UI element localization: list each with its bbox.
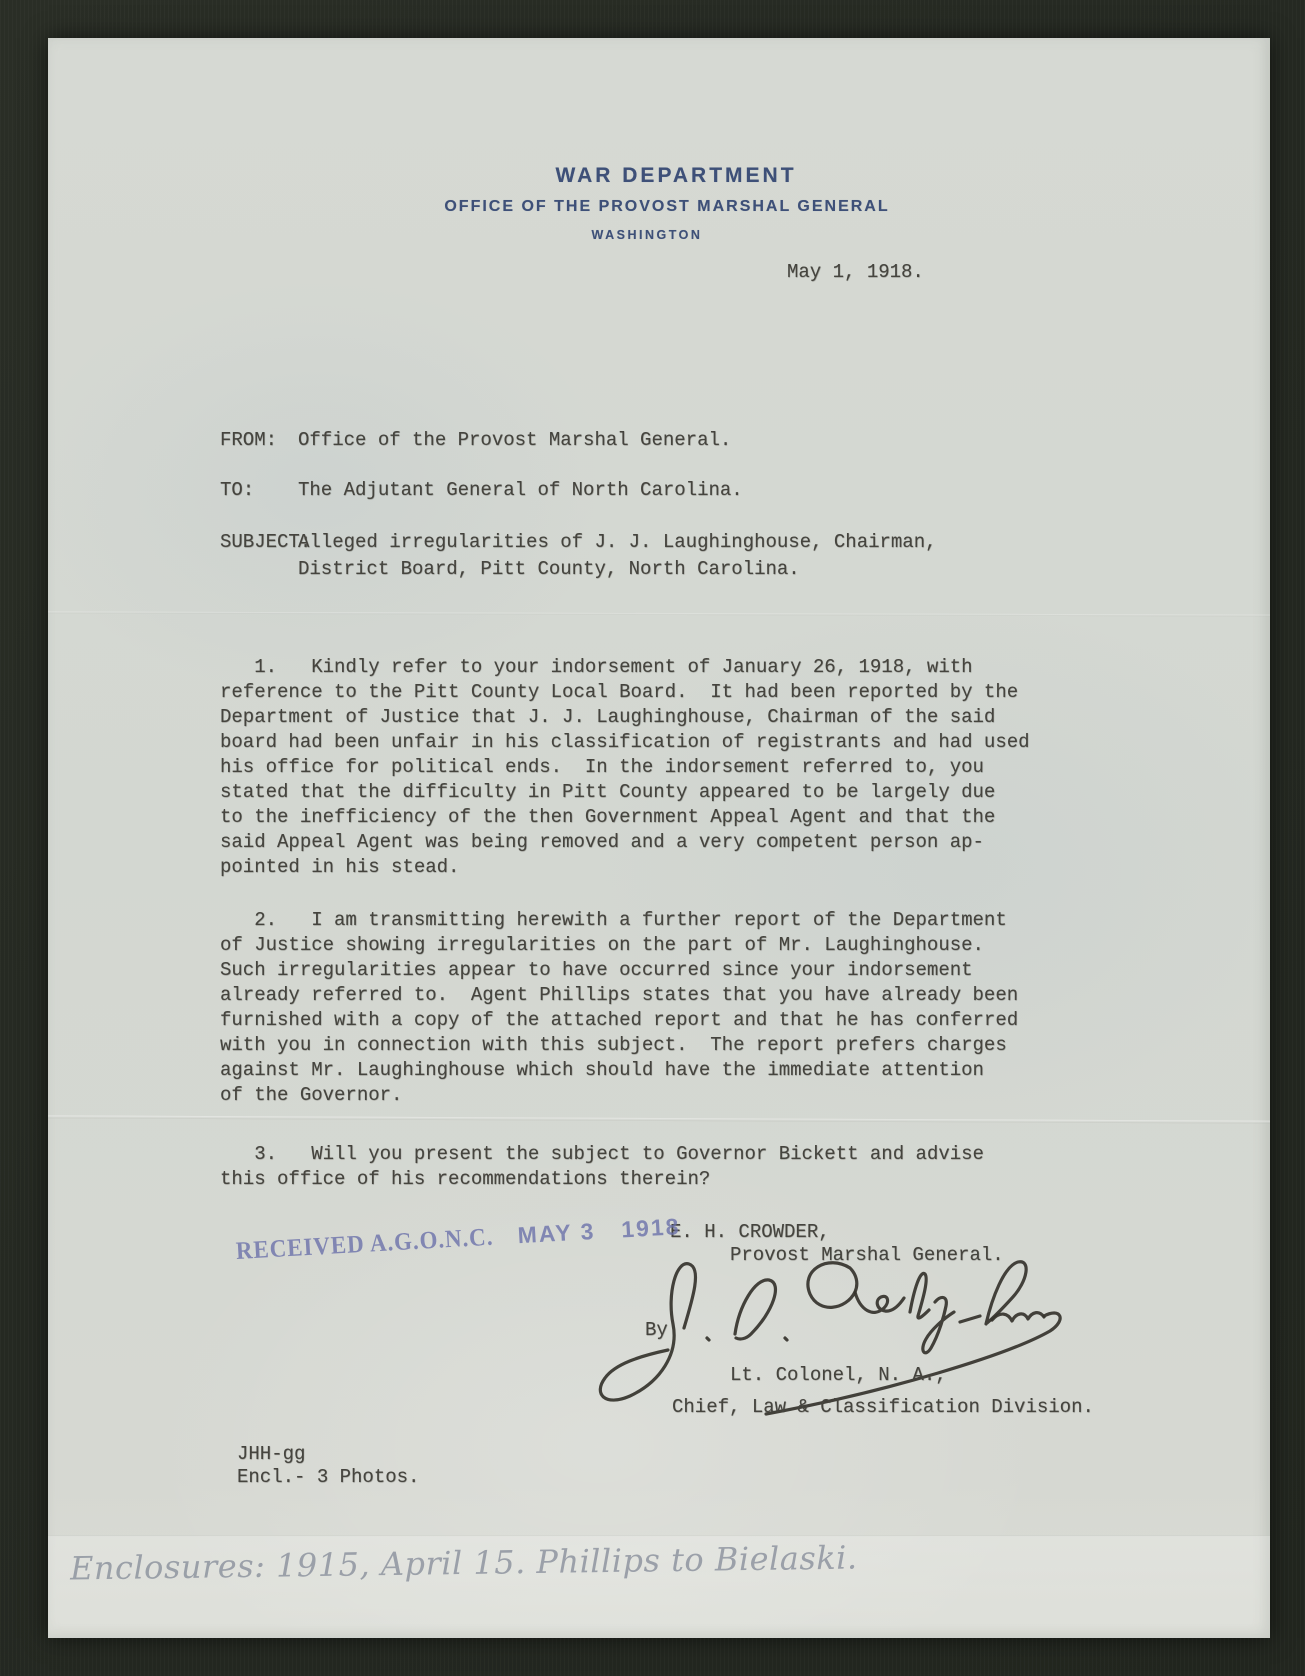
body-line: this office of his recommendations there… — [220, 1167, 710, 1192]
to-label: TO: — [220, 478, 254, 503]
fold-crease — [48, 611, 1270, 616]
date-line: May 1, 1918. — [787, 260, 924, 285]
to-value: The Adjutant General of North Carolina. — [298, 478, 743, 503]
body-line: 1. Kindly refer to your indorsement of J… — [220, 655, 973, 680]
signer-rank-line: Lt. Colonel, N. A., — [730, 1363, 947, 1388]
body-line: against Mr. Laughinghouse which should h… — [220, 1058, 984, 1083]
body-line: Department of Justice that J. J. Laughin… — [220, 705, 995, 730]
enclosure-note: Encl.- 3 Photos. — [237, 1465, 419, 1490]
body-line: reference to the Pitt County Local Board… — [220, 680, 1018, 705]
body-line: of the Governor. — [220, 1083, 402, 1108]
from-label: FROM: — [220, 428, 277, 453]
fold-crease — [48, 1535, 1270, 1537]
body-line: furnished with a copy of the attached re… — [220, 1008, 1018, 1033]
body-line: said Appeal Agent was being removed and … — [220, 830, 984, 855]
body-line: with you in connection with this subject… — [220, 1033, 1007, 1058]
body-line: pointed in his stead. — [220, 855, 459, 880]
fold-crease — [48, 1115, 1270, 1123]
body-line: board had been unfair in his classificat… — [220, 730, 1030, 755]
body-line: of Justice showing irregularities on the… — [220, 933, 984, 958]
letterhead-office: OFFICE OF THE PROVOST MARSHAL GENERAL — [64, 198, 1270, 216]
photo-mat-background: WAR DEPARTMENT OFFICE OF THE PROVOST MAR… — [0, 0, 1305, 1676]
body-line: 3. Will you present the subject to Gover… — [220, 1142, 984, 1167]
letterhead-city: WASHINGTON — [48, 228, 1246, 242]
stamp-month-day: MAY 3 — [517, 1218, 596, 1249]
subject-value-line: District Board, Pitt County, North Carol… — [298, 557, 800, 582]
typist-initials: JHH-gg — [237, 1442, 305, 1467]
signer-division-line: Chief, Law & Classification Division. — [672, 1395, 1094, 1420]
body-line: stated that the difficulty in Pitt Count… — [220, 780, 995, 805]
stamp-agency-text: RECEIVED A.G.O.N.C. — [235, 1224, 494, 1266]
subject-value-line: Alleged irregularities of J. J. Laughing… — [298, 530, 937, 555]
from-value: Office of the Provost Marshal General. — [298, 428, 731, 453]
body-line: Such irregularities appear to have occur… — [220, 958, 973, 983]
body-line: already referred to. Agent Phillips stat… — [220, 983, 1018, 1008]
body-line: to the inefficiency of the then Governme… — [220, 805, 995, 830]
letter-page: WAR DEPARTMENT OFFICE OF THE PROVOST MAR… — [48, 38, 1270, 1638]
body-line: his office for political ends. In the in… — [220, 755, 984, 780]
body-line: 2. I am transmitting herewith a further … — [220, 908, 1007, 933]
letterhead-department: WAR DEPARTMENT — [82, 164, 1270, 188]
handwritten-enclosure-note: Enclosures: 1915, April 15. Phillips to … — [70, 1539, 858, 1588]
stamp-year: 1918 — [621, 1213, 682, 1243]
signer-name-typed: E. H. CROWDER, — [670, 1220, 830, 1245]
